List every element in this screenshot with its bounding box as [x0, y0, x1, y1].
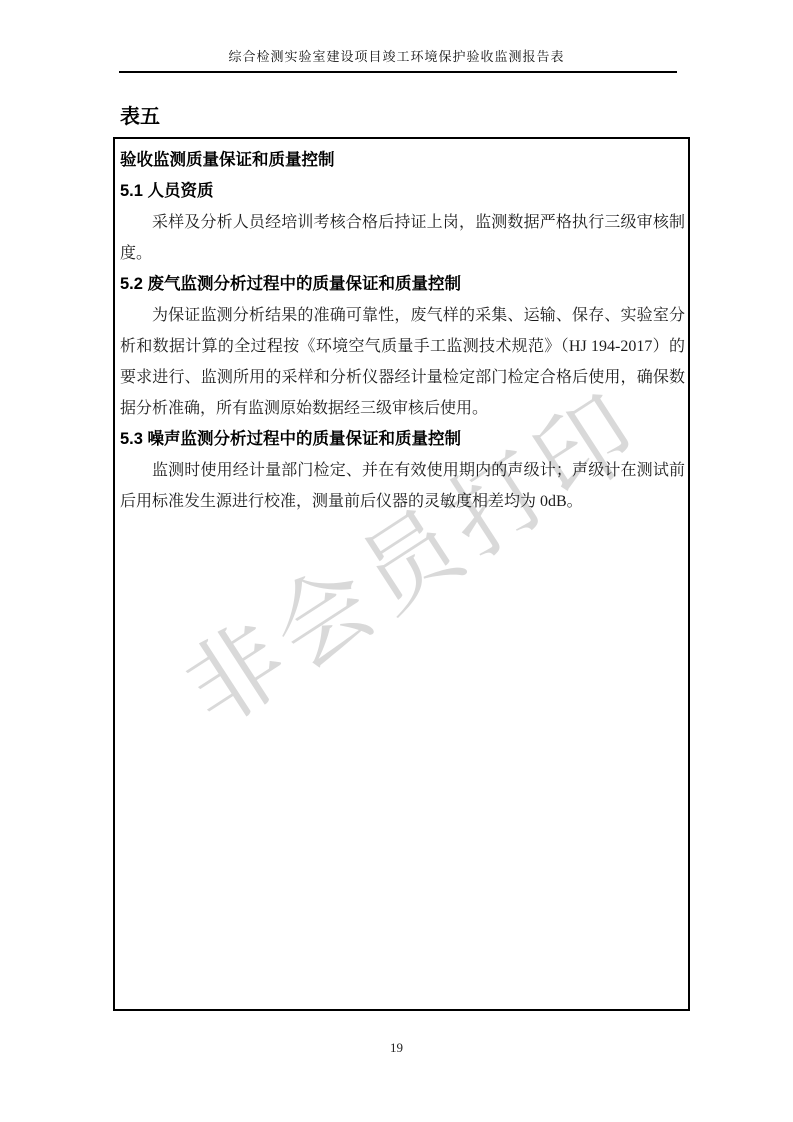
- section-waste-gas-qa: 5.2 废气监测分析过程中的质量保证和质量控制 为保证监测分析结果的准确可靠性，…: [120, 269, 685, 424]
- report-page: 非会员打印 综合检测实验室建设项目竣工环境保护验收监测报告表 表五 验收监测质量…: [0, 0, 793, 1122]
- page-number: 19: [0, 1040, 793, 1056]
- header-divider-line: [119, 71, 677, 73]
- section-heading: 5.3 噪声监测分析过程中的质量保证和质量控制: [120, 424, 685, 455]
- section-personnel: 5.1 人员资质 采样及分析人员经培训考核合格后持证上岗，监测数据严格执行三级审…: [120, 176, 685, 269]
- section-heading: 5.2 废气监测分析过程中的质量保证和质量控制: [120, 269, 685, 300]
- section-heading: 5.1 人员资质: [120, 176, 685, 207]
- section-noise-qa: 5.3 噪声监测分析过程中的质量保证和质量控制 监测时使用经计量部门检定、并在有…: [120, 424, 685, 517]
- table-five-box: 验收监测质量保证和质量控制 5.1 人员资质 采样及分析人员经培训考核合格后持证…: [113, 137, 690, 1011]
- section-body: 监测时使用经计量部门检定、并在有效使用期内的声级计；声级计在测试前后用标准发生源…: [120, 455, 685, 517]
- section-body: 为保证监测分析结果的准确可靠性，废气样的采集、运输、保存、实验室分析和数据计算的…: [120, 300, 685, 424]
- table-number-label: 表五: [120, 100, 160, 129]
- section-body: 采样及分析人员经培训考核合格后持证上岗，监测数据严格执行三级审核制度。: [120, 207, 685, 269]
- box-title: 验收监测质量保证和质量控制: [120, 145, 685, 176]
- document-header-title: 综合检测实验室建设项目竣工环境保护验收监测报告表: [0, 46, 793, 65]
